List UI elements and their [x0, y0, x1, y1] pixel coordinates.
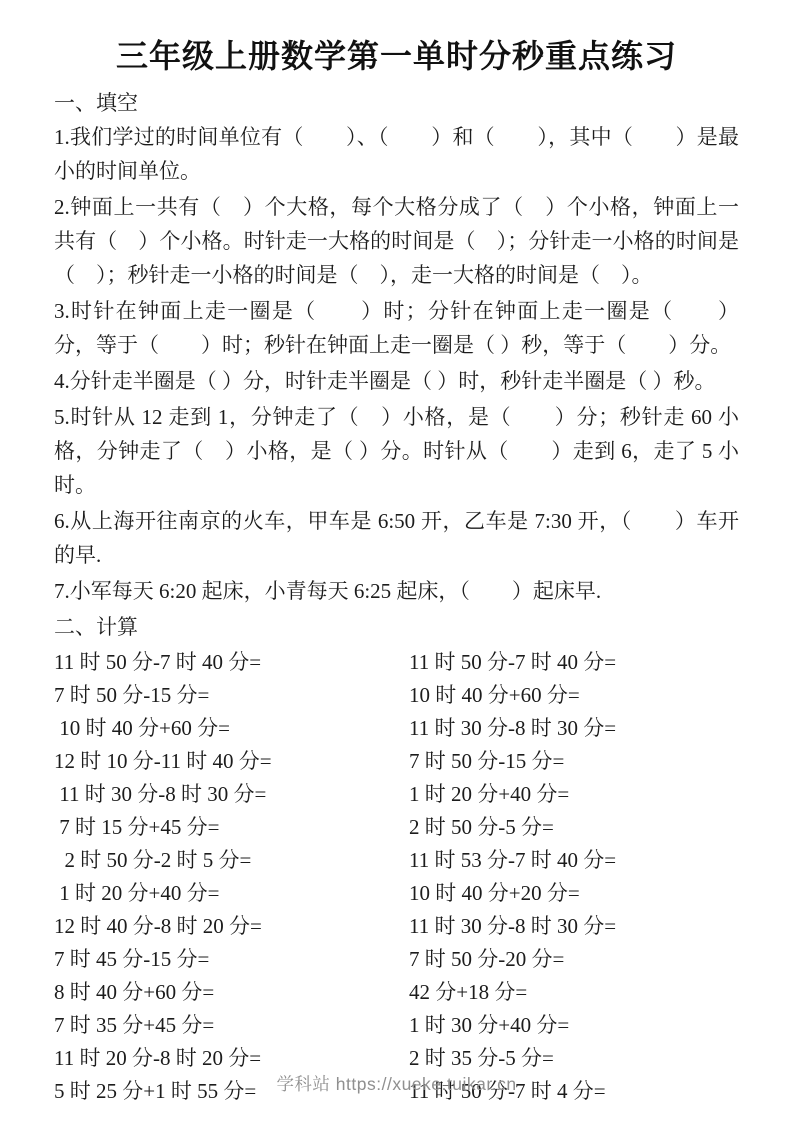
fill-question: 7.小军每天 6:20 起床，小青每天 6:25 起床，（ ）起床早.: [54, 574, 739, 608]
fill-question: 2.钟面上一共有（ ）个大格，每个大格分成了（ ）个小格，钟面上一共有（ ）个小…: [54, 190, 739, 292]
calc-row: 11 时 50 分-7 时 40 分=: [54, 646, 409, 679]
calc-row: 7 时 50 分-20 分=: [409, 943, 739, 976]
calc-column-left: 11 时 50 分-7 时 40 分=7 时 50 分-15 分= 10 时 4…: [54, 646, 409, 1108]
calc-row: 7 时 50 分-15 分=: [54, 679, 409, 712]
calc-row: 10 时 40 分+60 分=: [409, 679, 739, 712]
fill-question: 4.分针走半圈是（ ）分，时针走半圈是（ ）时，秒针走半圈是（ ）秒。: [54, 364, 739, 398]
calc-row: 1 时 20 分+40 分=: [409, 778, 739, 811]
section-heading-calc: 二、计算: [54, 610, 739, 644]
fill-question-list: 1.我们学过的时间单位有（ ）、（ ）和（ ），其中（ ）是最小的时间单位。2.…: [54, 120, 739, 610]
calc-row: 10 时 40 分+60 分=: [54, 712, 409, 745]
fill-question: 6.从上海开往南京的火车，甲车是 6:50 开，乙车是 7:30 开，（ ）车开…: [54, 504, 739, 572]
fill-question: 1.我们学过的时间单位有（ ）、（ ）和（ ），其中（ ）是最小的时间单位。: [54, 120, 739, 188]
calc-column-right: 11 时 50 分-7 时 40 分=10 时 40 分+60 分=11 时 3…: [409, 646, 739, 1108]
calc-row: 10 时 40 分+20 分=: [409, 877, 739, 910]
calc-row: 11 时 30 分-8 时 30 分=: [54, 778, 409, 811]
calc-row: 2 时 50 分-2 时 5 分=: [54, 844, 409, 877]
calc-row: 8 时 40 分+60 分=: [54, 976, 409, 1009]
calc-row: 7 时 45 分-15 分=: [54, 943, 409, 976]
calc-row: 1 时 20 分+40 分=: [54, 877, 409, 910]
page-title: 三年级上册数学第一单时分秒重点练习: [54, 36, 739, 76]
calc-row: 2 时 50 分-5 分=: [409, 811, 739, 844]
worksheet-page: 三年级上册数学第一单时分秒重点练习 一、填空 1.我们学过的时间单位有（ ）、（…: [0, 0, 793, 1122]
calc-row: 7 时 15 分+45 分=: [54, 811, 409, 844]
calc-row: 1 时 30 分+40 分=: [409, 1009, 739, 1042]
fill-question: 3.时针在钟面上走一圈是（ ）时；分针在钟面上走一圈是（ ）分，等于（ ）时；秒…: [54, 294, 739, 362]
calc-row: 12 时 40 分-8 时 20 分=: [54, 910, 409, 943]
calc-row: 42 分+18 分=: [409, 976, 739, 1009]
calc-row: 11 时 30 分-8 时 30 分=: [409, 910, 739, 943]
section-heading-fill: 一、填空: [54, 86, 739, 120]
calc-grid: 11 时 50 分-7 时 40 分=7 时 50 分-15 分= 10 时 4…: [54, 646, 739, 1108]
calc-row: 11 时 53 分-7 时 40 分=: [409, 844, 739, 877]
footer-watermark: 学科站 https://xueke.tuikar.cn: [0, 1071, 793, 1096]
calc-row: 12 时 10 分-11 时 40 分=: [54, 745, 409, 778]
calc-row: 11 时 50 分-7 时 40 分=: [409, 646, 739, 679]
calc-row: 7 时 35 分+45 分=: [54, 1009, 409, 1042]
calc-row: 7 时 50 分-15 分=: [409, 745, 739, 778]
calc-row: 11 时 30 分-8 时 30 分=: [409, 712, 739, 745]
fill-question: 5.时针从 12 走到 1，分钟走了（ ）小格，是（ ）分；秒针走 60 小格，…: [54, 400, 739, 502]
